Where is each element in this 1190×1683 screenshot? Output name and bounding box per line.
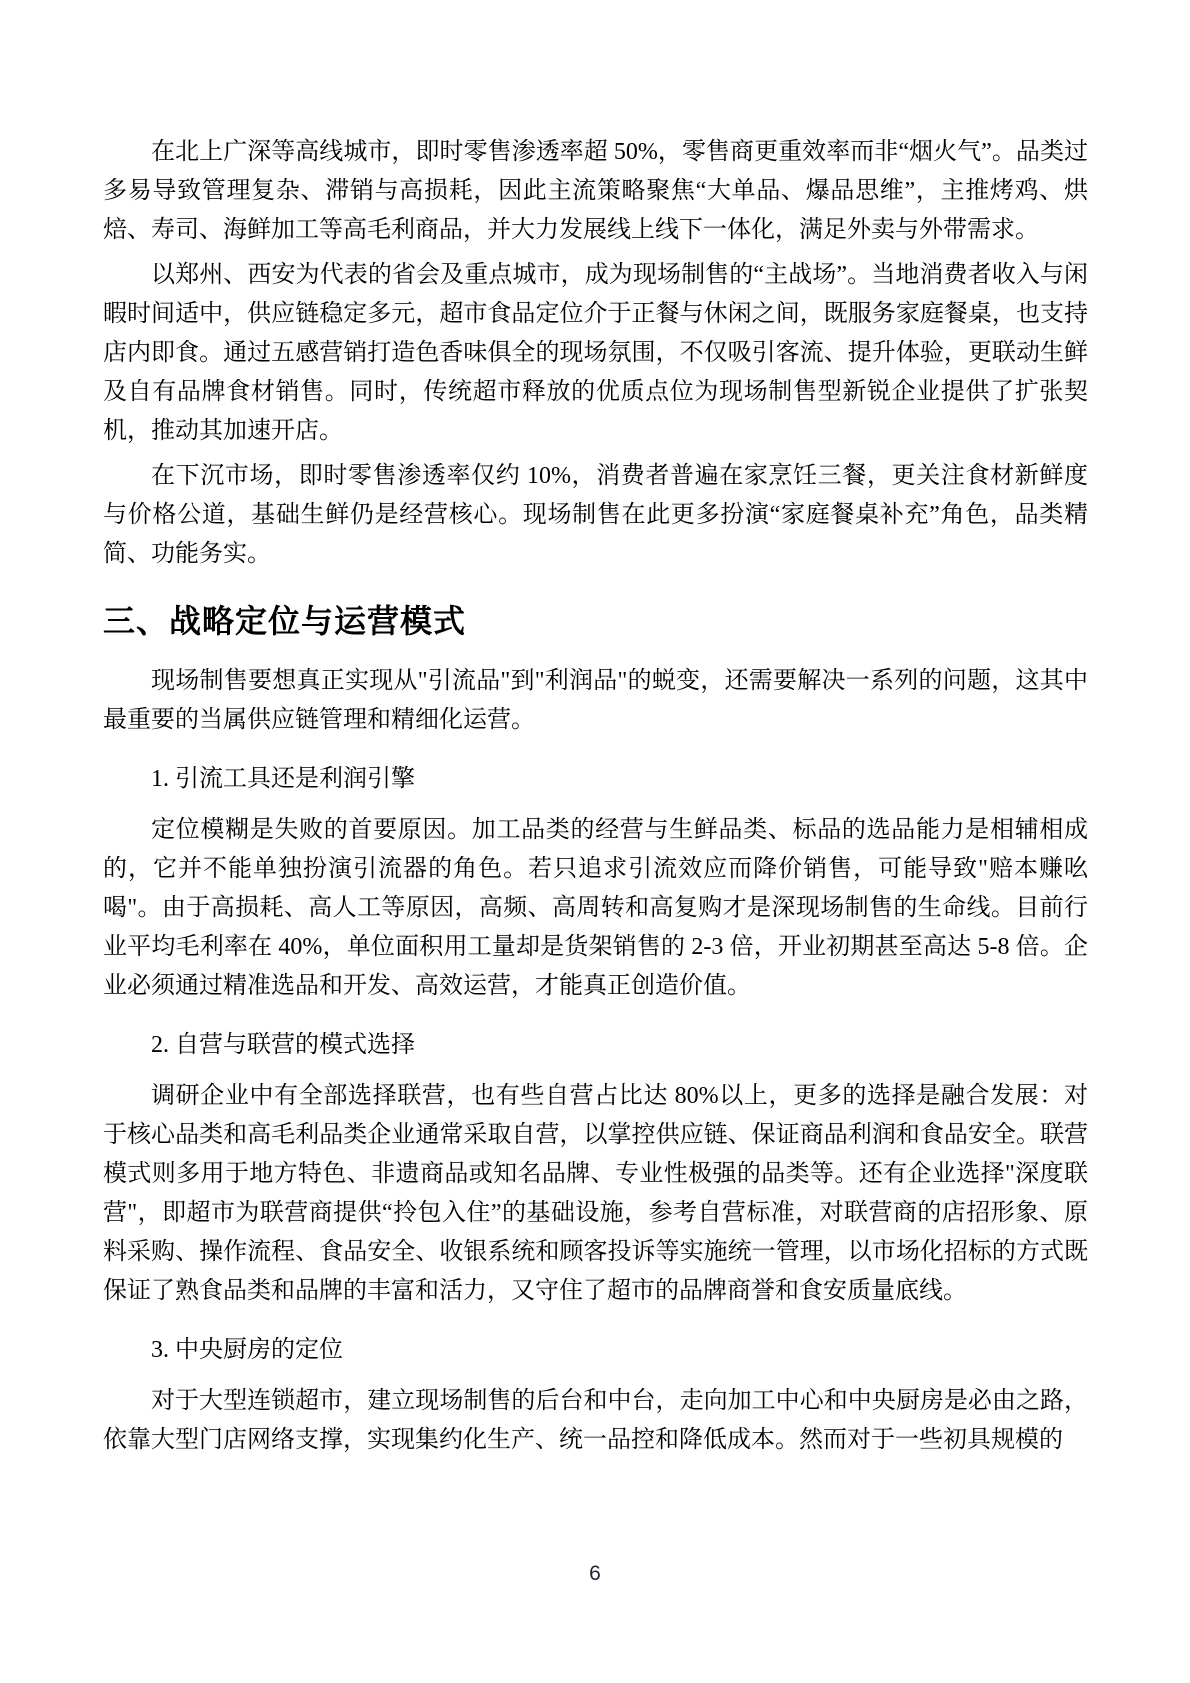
- paragraph-provincial-cities: 以郑州、西安为代表的省会及重点城市，成为现场制售的“主战场”。当地消费者收入与闲…: [103, 256, 1088, 451]
- document-page: 在北上广深等高线城市，即时零售渗透率超 50%，零售商更重效率而非“烟火气”。品…: [0, 0, 1190, 1683]
- subheading-self-vs-joint-operation: 2. 自营与联营的模式选择: [103, 1026, 1088, 1065]
- paragraph-central-kitchen: 对于大型连锁超市，建立现场制售的后台和中台，走向加工中心和中央厨房是必由之路，依…: [103, 1382, 1088, 1460]
- subheading-traffic-vs-profit: 1. 引流工具还是利润引擎: [103, 760, 1088, 799]
- paragraph-lower-tier-markets: 在下沉市场，即时零售渗透率仅约 10%，消费者普遍在家烹饪三餐，更关注食材新鲜度…: [103, 457, 1088, 574]
- paragraph-section-intro: 现场制售要想真正实现从"引流品"到"利润品"的蜕变，还需要解决一系列的问题，这其…: [103, 662, 1088, 740]
- section-heading-strategy: 三、战略定位与运营模式: [103, 594, 1088, 648]
- paragraph-operation-models: 调研企业中有全部选择联营，也有些自营占比达 80%以上，更多的选择是融合发展：对…: [103, 1077, 1088, 1311]
- paragraph-high-tier-cities: 在北上广深等高线城市，即时零售渗透率超 50%，零售商更重效率而非“烟火气”。品…: [103, 133, 1088, 250]
- paragraph-positioning: 定位模糊是失败的首要原因。加工品类的经营与生鲜品类、标品的选品能力是相辅相成的，…: [103, 811, 1088, 1006]
- page-number: 6: [0, 1554, 1190, 1593]
- subheading-central-kitchen: 3. 中央厨房的定位: [103, 1331, 1088, 1370]
